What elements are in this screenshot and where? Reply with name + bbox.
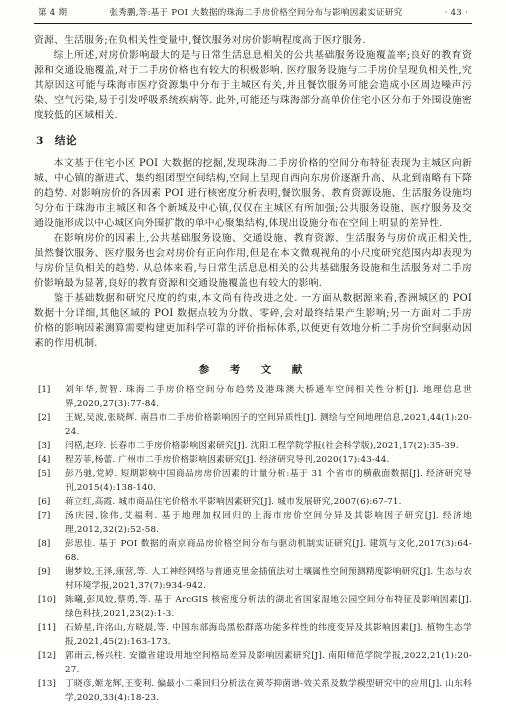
page-number: · 43 ·: [445, 7, 468, 19]
reference-item: [8] 彭思佳. 基于 POI 数据的南京商品房价格空间分布与驱动机制实证研究[…: [34, 537, 472, 565]
reference-item: [9] 谢梦姣,王泽,康营,等. 人工神经网络与普通克里金插值法对土壤属性空间预…: [34, 565, 472, 593]
reference-text: 程芳菲,杨蕾. 广州市二手房价格影响因素研究[J]. 经济研究导刊,2020(1…: [65, 455, 390, 465]
reference-label: [4]: [38, 453, 50, 467]
reference-text: 石娇星,许洺山,方晓晨,等. 中国东部海岛黑松群落功能多样性的纬度变异及其影响因…: [65, 623, 472, 647]
page-body: 资源、生活服务;在负相关性变量中,餐饮服务对房价影响程度高于医疗服务. 综上所述…: [34, 33, 472, 705]
reference-text: 丁晓彦,姬龙辉,王变利. 偏最小二乘回归分析法在黄芩抑菌谱-效关系及数学模型研究…: [65, 679, 472, 703]
reference-item: [6] 蒋立红,高霞. 城市商品住宅价格水平影响因素研究[J]. 城市发展研究,…: [34, 495, 472, 509]
reference-item: [3] 闫楛,赵玲. 长春市二手房价格影响因素研究[J]. 沈阳工程学院学报(社…: [34, 439, 472, 453]
section-title: 结论: [55, 133, 77, 148]
reference-item: [5] 彭乃驰,党婷. 短期影响中国商品房房价因素的计量分析:基于 31 个省市…: [34, 467, 472, 495]
reference-label: [8]: [38, 537, 50, 551]
reference-text: 蒋立红,高霞. 城市商品住宅价格水平影响因素研究[J]. 城市发展研究,2007…: [65, 497, 402, 507]
reference-label: [2]: [38, 411, 50, 425]
references-list: [1] 刘年华,贺智. 珠海二手房价格空间分布趋势及港珠澳大桥通车空间相关性分析…: [34, 383, 472, 705]
references-heading: 参 考 文 献: [34, 361, 472, 376]
reference-item: [11] 石娇星,许洺山,方晓晨,等. 中国东部海岛黑松群落功能多样性的纬度变异…: [34, 621, 472, 649]
reference-text: 刘年华,贺智. 珠海二手房价格空间分布趋势及港珠澳大桥通车空间相关性分析[J].…: [65, 385, 472, 409]
running-title: 张秀鹏,等:基于 POI 大数据的珠海二手房价格空间分布与影响因素实证研究: [67, 7, 444, 19]
reference-label: [3]: [38, 439, 50, 453]
section-number: 3: [36, 135, 44, 147]
journal-issue: 第 4 期: [38, 7, 67, 19]
intro-paragraph-summary: 综上所述,对房价影响最大的是与日常生活息息相关的公共基础服务设施覆盖率;良好的教…: [34, 48, 472, 123]
conclusion-paragraph-3: 鉴于基础数据和研究尺度的约束,本文尚有待改进之处. 一方面从数据源来看,香洲城区…: [34, 291, 472, 351]
reference-label: [7]: [38, 509, 50, 523]
reference-label: [13]: [38, 677, 56, 691]
reference-label: [12]: [38, 649, 56, 663]
reference-item: [4] 程芳菲,杨蕾. 广州市二手房价格影响因素研究[J]. 经济研究导刊,20…: [34, 453, 472, 467]
reference-text: 陈曦,彭凤姣,蔡勇,等. 基于 ArcGIS 核密度分析法的湖北省国家湿地公园空…: [65, 595, 472, 619]
intro-paragraph-continuation: 资源、生活服务;在负相关性变量中,餐饮服务对房价影响程度高于医疗服务.: [34, 33, 472, 48]
conclusion-paragraph-1: 本文基于住宅小区 POI 大数据的挖掘,发现珠海二手房价格的空间分布特征表现为主…: [34, 156, 472, 231]
section-heading-conclusion: 3 结论: [36, 133, 472, 148]
reference-label: [9]: [38, 565, 50, 579]
reference-item: [7] 汤庆园,徐伟,艾福利. 基于地理加权回归的上海市房价空间分异及其影响因子…: [34, 509, 472, 537]
reference-text: 谢梦姣,王泽,康营,等. 人工神经网络与普通克里金插值法对土壤属性空间预测精度影…: [65, 567, 472, 591]
reference-text: 王妮,吴波,张晓辉. 南昌市二手房价格影响因子的空间异质性[J]. 测绘与空间地…: [65, 413, 472, 437]
reference-text: 彭思佳. 基于 POI 数据的南京商品房价格空间分布与驱动机制实证研究[J]. …: [65, 539, 472, 563]
reference-text: 闫楛,赵玲. 长春市二手房价格影响因素研究[J]. 沈阳工程学院学报(社会科学版…: [65, 441, 459, 451]
journal-page: 第 4 期 张秀鹏,等:基于 POI 大数据的珠海二手房价格空间分布与影响因素实…: [0, 0, 506, 655]
reference-label: [6]: [38, 495, 50, 509]
conclusion-paragraph-2: 在影响房价的因素上,公共基础服务设施、交通设施、教育资源、生活服务与房价成正相关…: [34, 231, 472, 291]
reference-text: 汤庆园,徐伟,艾福利. 基于地理加权回归的上海市房价空间分异及其影响因子研究[J…: [65, 511, 472, 535]
reference-text: 彭乃驰,党婷. 短期影响中国商品房房价因素的计量分析:基于 31 个省市的横截面…: [65, 469, 472, 493]
reference-item: [13] 丁晓彦,姬龙辉,王变利. 偏最小二乘回归分析法在黄芩抑菌谱-效关系及数…: [34, 677, 472, 705]
reference-item: [2] 王妮,吴波,张晓辉. 南昌市二手房价格影响因子的空间异质性[J]. 测绘…: [34, 411, 472, 439]
reference-item: [10] 陈曦,彭凤姣,蔡勇,等. 基于 ArcGIS 核密度分析法的湖北省国家…: [34, 593, 472, 621]
reference-text: 郭雨云,杨兴柱. 安徽省建设用地空间格局差异及影响因素研究[J]. 南阳师范学院…: [65, 651, 472, 675]
page-header: 第 4 期 张秀鹏,等:基于 POI 大数据的珠海二手房价格空间分布与影响因素实…: [34, 7, 472, 19]
reference-item: [1] 刘年华,贺智. 珠海二手房价格空间分布趋势及港珠澳大桥通车空间相关性分析…: [34, 383, 472, 411]
reference-label: [10]: [38, 593, 56, 607]
header-rule: [34, 23, 472, 24]
reference-label: [1]: [38, 383, 50, 397]
reference-label: [5]: [38, 467, 50, 481]
reference-label: [11]: [38, 621, 56, 635]
reference-item: [12] 郭雨云,杨兴柱. 安徽省建设用地空间格局差异及影响因素研究[J]. 南…: [34, 649, 472, 677]
